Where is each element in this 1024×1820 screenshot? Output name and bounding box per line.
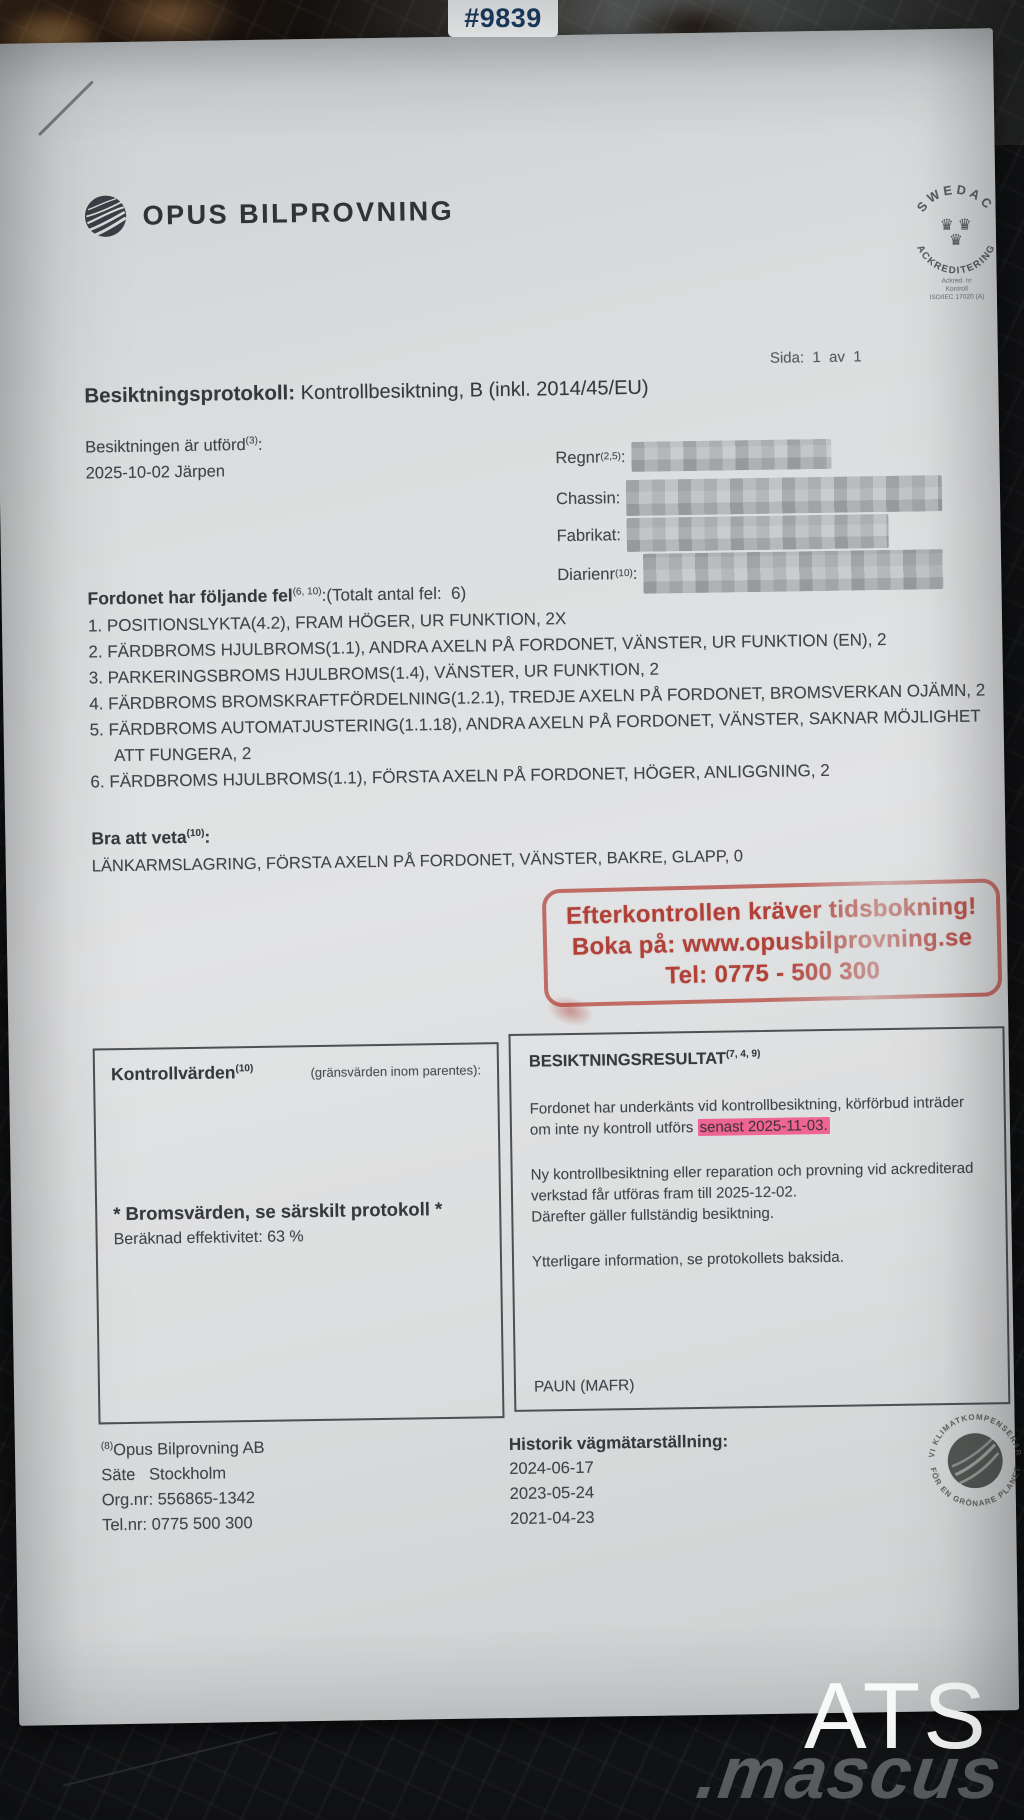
good-to-know-section: Bra att veta(10): LÄNKARMSLAGRING, FÖRST…: [91, 818, 743, 876]
stamp-line: Tel: 0775 - 500 300: [665, 957, 880, 990]
inspector-code: PAUN (MAFR): [534, 1375, 635, 1398]
performed-colon: :: [258, 436, 263, 454]
opus-logo: OPUS BILPROVNING: [81, 187, 454, 241]
inspection-result-box: BESIKTNINGSRESULTAT(7, 4, 9) Fordonet ha…: [508, 1026, 1010, 1412]
chassin-colon: :: [616, 489, 621, 508]
result-title-text: BESIKTNINGSRESULTAT: [529, 1050, 726, 1071]
swedac-subline-1: Ackred. nr: [942, 277, 973, 284]
fabrikat-row: Fabrikat:: [556, 514, 889, 553]
faults-heading-rest: :(Totalt antal fel: 6): [321, 584, 466, 605]
gtk-heading-colon: :: [204, 827, 210, 847]
control-values-sup: (10): [235, 1063, 253, 1074]
good-to-know-heading: Bra att veta(10):: [91, 818, 743, 849]
brake-values-block: * Bromsvärden, se särskilt protokoll * B…: [113, 1197, 484, 1249]
fabrikat-redacted-value: [627, 514, 890, 552]
svg-text:SWEDAC: SWEDAC: [914, 182, 997, 215]
inspection-protocol-paper: OPUS BILPROVNING SWEDAC ACKREDITERING ♛ …: [0, 28, 1019, 1725]
performed-sup: (3): [246, 435, 258, 446]
regnr-row: Regnr(2,5):: [555, 439, 832, 473]
gtk-heading-text: Bra att veta: [91, 827, 187, 848]
performed-label-line: Besiktningen är utförd(3):: [85, 432, 263, 461]
result-paragraph-retest: Ny kontrollbesiktning eller reparation o…: [531, 1157, 988, 1227]
control-values-header: Kontrollvärden(10) (gränsvärden inom par…: [111, 1058, 481, 1085]
fabrikat-colon: :: [616, 526, 621, 545]
swedac-accreditation-seal: SWEDAC ACKREDITERING ♛ ♛ ♛ Ackred. nr Ko…: [899, 178, 1013, 309]
efficiency-line: Beräknad effektivitet: 63 %: [114, 1225, 484, 1249]
regnr-redacted-value: [631, 439, 831, 472]
listing-id-text: #9839: [464, 3, 542, 34]
faults-heading-bold: Fordonet har följande fel: [87, 585, 292, 608]
swedac-arc-top: SWEDAC: [914, 182, 997, 215]
retest-booking-stamp: Efterkontrollen kräver tidsbokning! Boka…: [542, 878, 1003, 1007]
faults-section: Fordonet har följande fel(6, 10):(Totalt…: [87, 574, 1004, 795]
company-orgnr: Org.nr: 556865-1342: [102, 1486, 266, 1514]
protocol-title: Besiktningsprotokoll: Kontrollbesiktning…: [84, 376, 649, 409]
climate-globe-icon: [947, 1433, 1003, 1489]
pen-mark: [38, 80, 94, 136]
fabrikat-label: Fabrikat: [557, 526, 617, 546]
regnr-label: Regnr: [555, 448, 600, 468]
protocol-title-rest: Kontrollbesiktning, B (inkl. 2014/45/EU): [295, 377, 649, 405]
page-number: Sida: 1 av 1: [770, 348, 862, 366]
result-paragraph-moreinfo: Ytterligare information, se protokollets…: [532, 1244, 988, 1272]
odometer-history: Historik vägmätarställning: 2024-06-17 2…: [509, 1429, 730, 1532]
chassin-label: Chassin: [556, 489, 616, 509]
result-retest-text: Ny kontrollbesiktning eller reparation o…: [531, 1160, 974, 1205]
chassin-redacted-value: [626, 475, 943, 516]
gtk-heading-sup: (10): [187, 828, 205, 839]
regnr-colon: :: [621, 448, 626, 467]
control-values-title-text: Kontrollvärden: [111, 1062, 236, 1084]
result-full-inspection-text: Därefter gäller fullständig besiktning.: [531, 1205, 774, 1226]
swedac-subline-2: Kontroll: [946, 285, 969, 292]
odometer-history-title: Historik vägmätarställning:: [509, 1429, 729, 1457]
company-phone: Tel.nr: 0775 500 300: [102, 1511, 266, 1539]
faults-list: 1. POSITIONSLYKTA(4.2), FRAM HÖGER, UR F…: [88, 599, 1005, 795]
performed-label: Besiktningen är utförd: [85, 436, 246, 457]
deadline-highlight: senast 2025-11-03.: [697, 1117, 829, 1136]
control-values-title: Kontrollvärden(10): [111, 1062, 254, 1085]
opus-globe-icon: [81, 192, 130, 241]
performed-value: 2025-10-02 Järpen: [85, 458, 263, 487]
control-values-box: Kontrollvärden(10) (gränsvärden inom par…: [93, 1042, 505, 1424]
climate-compensation-seal: VI KLIMATKOMPENSERAR FÖR EN GRÖNARE PLAN…: [916, 1402, 1024, 1525]
protocol-title-bold: Besiktningsprotokoll:: [84, 381, 295, 407]
inspection-performed: Besiktningen är utförd(3): 2025-10-02 Jä…: [85, 432, 263, 487]
swedac-subline-3: ISO/IEC 17020 (A): [929, 293, 984, 301]
three-crowns-bottom-icon: ♛: [949, 232, 963, 249]
ats-logo: ATS: [804, 1662, 989, 1770]
opus-logo-text: OPUS BILPROVNING: [142, 195, 454, 231]
photo-scene: #9839 OPUS BILPROVNING: [0, 0, 1024, 1820]
company-sup: (8): [101, 1441, 113, 1452]
good-to-know-line: LÄNKARMSLAGRING, FÖRSTA AXELN PÅ FORDONE…: [92, 847, 744, 876]
faults-heading-sup: (6, 10): [293, 586, 322, 597]
company-name: Opus Bilprovning AB: [113, 1439, 265, 1459]
brake-values-line: * Bromsvärden, se särskilt protokoll *: [113, 1197, 483, 1225]
result-paragraph-failure: Fordonet har underkänts vid kontrollbesi…: [529, 1091, 986, 1140]
company-name-line: (8)Opus Bilprovning AB: [101, 1436, 265, 1464]
listing-id-badge: #9839: [448, 0, 558, 37]
result-title-sup: (7, 4, 9): [726, 1049, 761, 1061]
result-title: BESIKTNINGSRESULTAT(7, 4, 9): [529, 1045, 985, 1073]
company-seat: Säte Stockholm: [101, 1461, 265, 1489]
stamp-line: Boka på: www.opusbilprovning.se: [572, 924, 973, 962]
odometer-history-date: 2023-05-24: [510, 1479, 730, 1507]
odometer-history-date: 2021-04-23: [510, 1504, 730, 1532]
odometer-history-date: 2024-06-17: [509, 1454, 729, 1482]
control-values-note: (gränsvärden inom parentes):: [310, 1062, 481, 1080]
chassin-row: Chassin:: [556, 475, 943, 517]
company-footer: (8)Opus Bilprovning AB Säte Stockholm Or…: [101, 1436, 266, 1539]
